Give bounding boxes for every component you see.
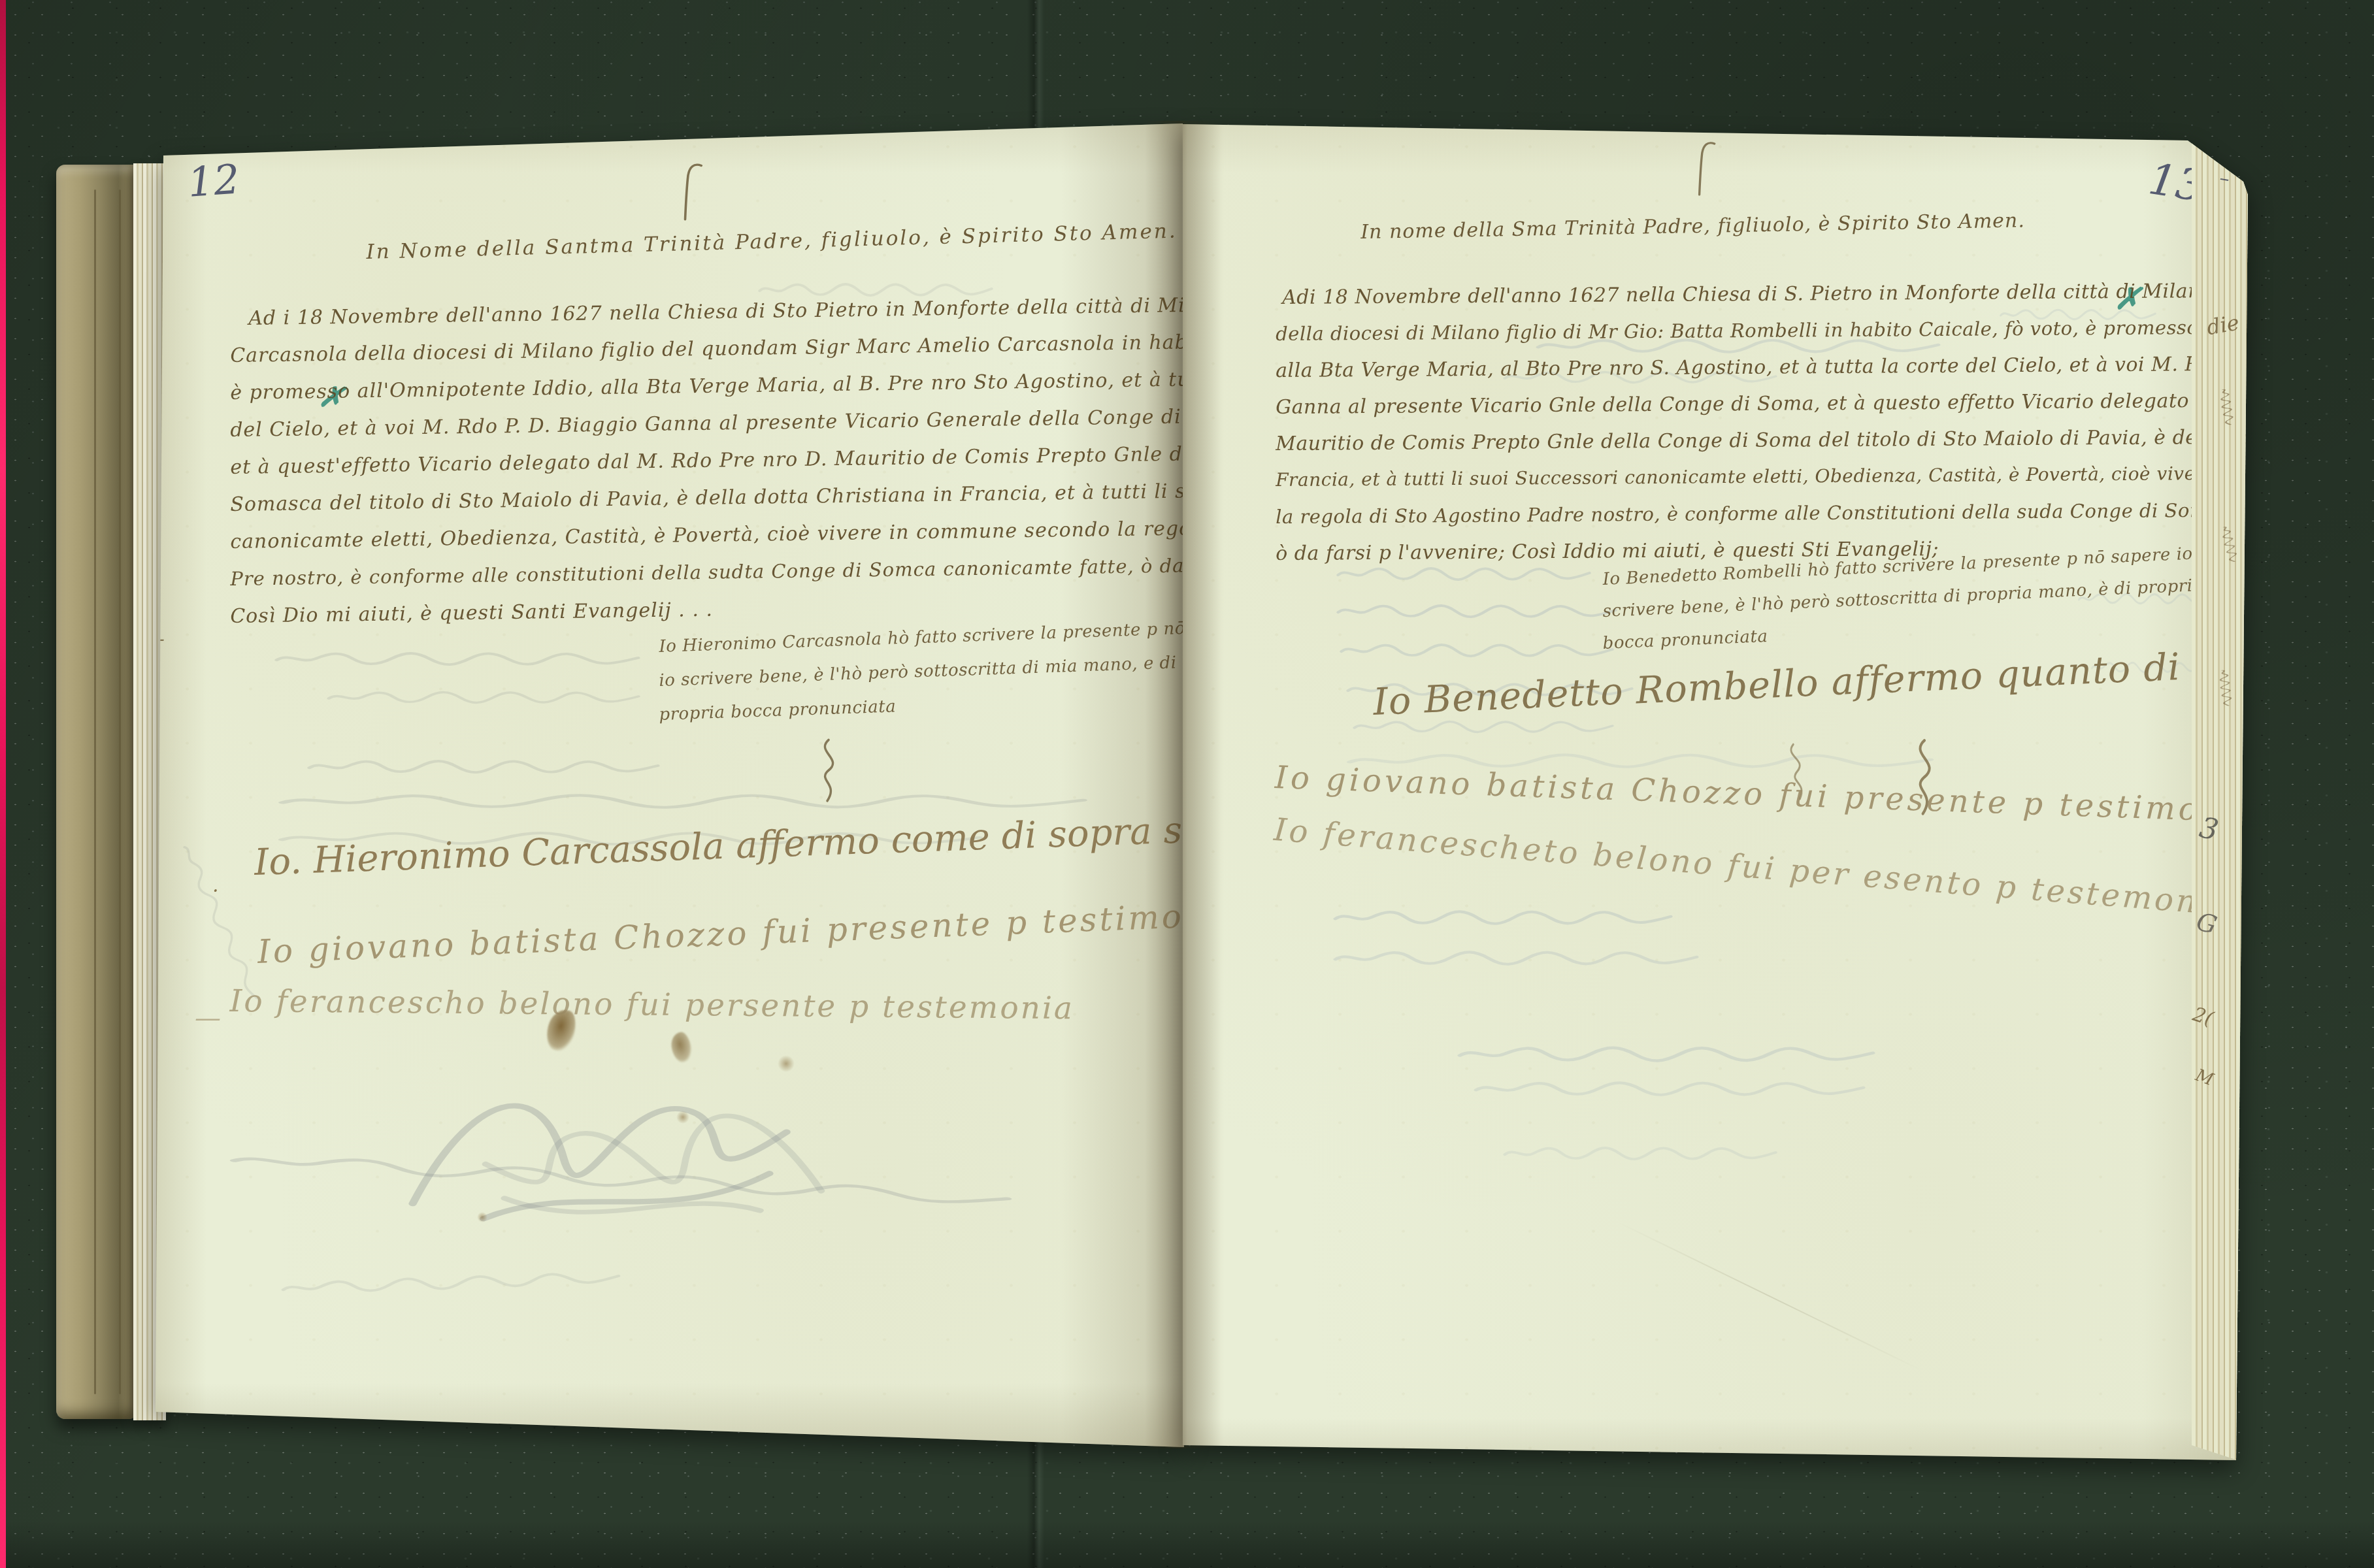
ink-smudge xyxy=(477,1212,487,1222)
page-12: 12 ✗ In Nome della Santma Trinità Padre,… xyxy=(156,120,1184,1450)
manuscript-photograph: 12 ✗ In Nome della Santma Trinità Padre,… xyxy=(0,0,2374,1568)
page-13-paper: 13 ✗ In nome della Sma Trinità Padre, fi… xyxy=(1181,120,2249,1472)
film-edge-strip xyxy=(0,0,6,1568)
page-13: 13 ✗ In nome della Sma Trinità Padre, fi… xyxy=(1181,120,2249,1472)
book-spine-parchment xyxy=(56,165,136,1419)
spine-crease xyxy=(119,189,121,1394)
page-number-12: 12 xyxy=(186,155,241,206)
signature-dot: . xyxy=(212,874,219,897)
page-12-paper: 12 ✗ In Nome della Santma Trinità Padre,… xyxy=(156,120,1184,1450)
witness-dash: — xyxy=(195,1003,221,1033)
ink-smudge xyxy=(778,1055,795,1072)
ink-smudge xyxy=(676,1111,689,1124)
witness-signature: Io ferancescho belono fui persente p tes… xyxy=(230,983,1075,1026)
spine-crease xyxy=(94,189,96,1394)
